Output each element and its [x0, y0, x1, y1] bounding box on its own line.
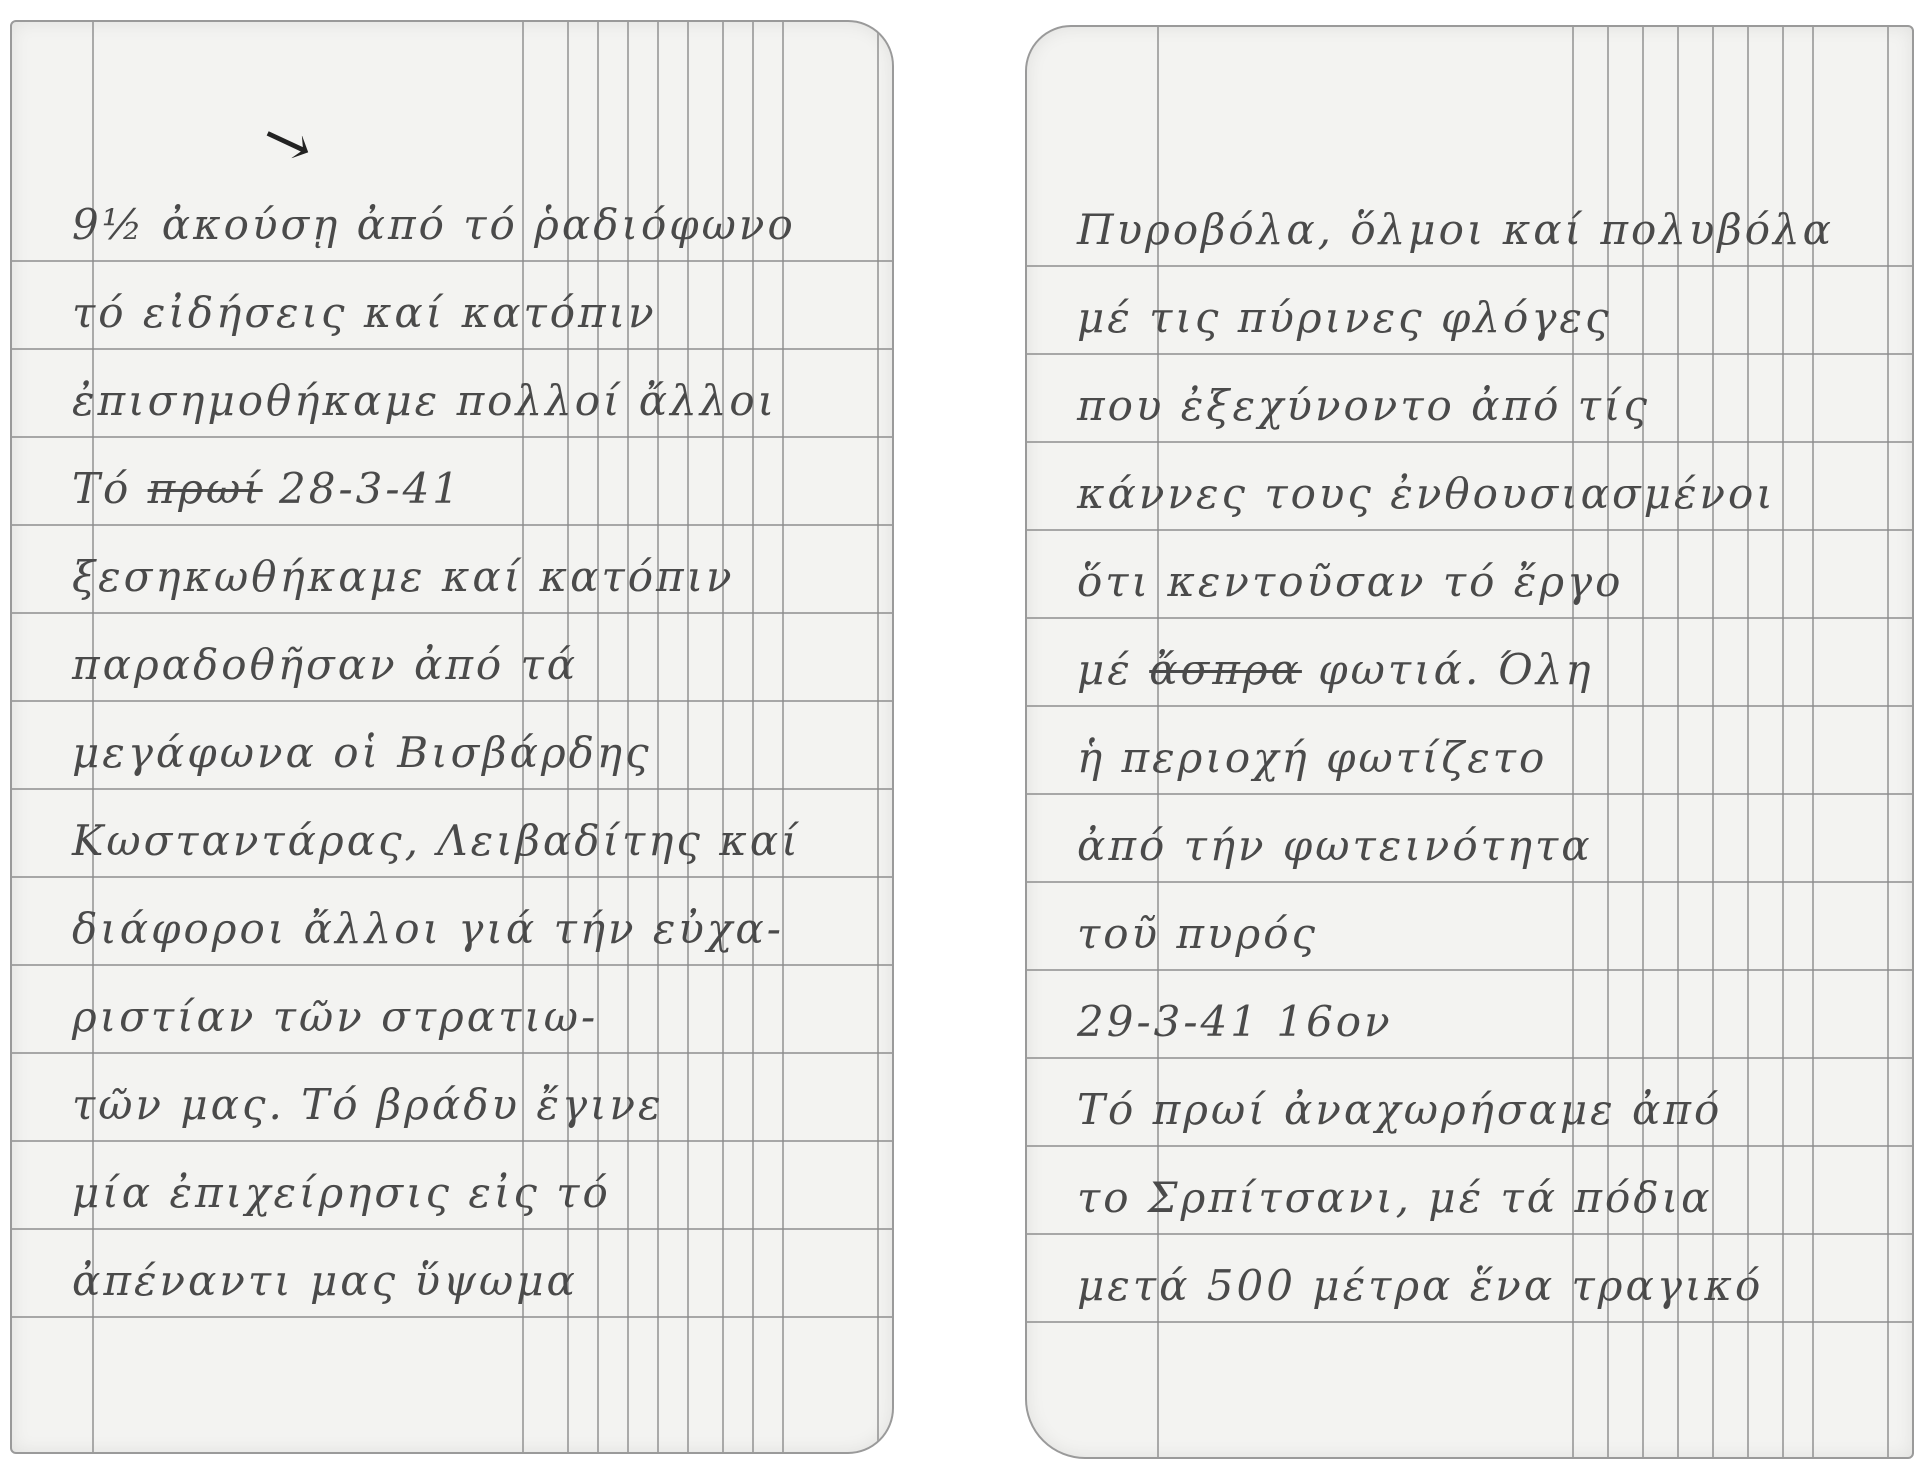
arrow-mark-icon: ↘ — [252, 101, 323, 184]
handwritten-line: ἀπό τήν φωτεινότητα — [1077, 821, 1593, 870]
ruled-line — [1027, 969, 1912, 971]
ruled-line — [12, 348, 892, 350]
ruled-line — [1027, 1057, 1912, 1059]
ruled-line — [12, 260, 892, 262]
handwritten-line: Πυροβόλα, ὅλμοι καί πολυβόλα — [1077, 205, 1834, 254]
ruled-line — [1027, 441, 1912, 443]
notebook-page-right: Πυροβόλα, ὅλμοι καί πολυβόλαμέ τις πύριν… — [1025, 25, 1914, 1459]
ruled-line — [12, 964, 892, 966]
handwritten-line: 9½ ἀκούσῃ ἀπό τό ῥαδιόφωνο — [72, 200, 796, 249]
handwritten-line: τό εἰδήσεις καί κατόπιν — [72, 288, 657, 337]
handwritten-line: ἀπέναντι μας ὕψωμα — [72, 1256, 578, 1305]
handwritten-line: ριστίαν τῶν στρατιω- — [72, 992, 598, 1041]
notebook-page-left: ↘ 9½ ἀκούσῃ ἀπό τό ῥαδιόφωνοτό εἰδήσεις … — [10, 20, 894, 1454]
handwritten-line: το Σρπίτσανι, μέ τά πόδια — [1077, 1173, 1712, 1222]
ruled-line — [12, 876, 892, 878]
ruled-line — [1027, 1321, 1912, 1323]
ruled-line — [12, 1140, 892, 1142]
handwritten-line: ξεσηκωθήκαμε καί κατόπιν — [72, 552, 735, 601]
ruled-line — [1027, 881, 1912, 883]
column-line — [877, 22, 879, 1452]
struck-word: ἄσπρα — [1149, 645, 1302, 694]
handwritten-line: που ἐξεχύνοντο ἀπό τίς — [1077, 381, 1650, 430]
ruled-line — [1027, 1233, 1912, 1235]
ruled-line — [1027, 353, 1912, 355]
ruled-line — [1027, 617, 1912, 619]
handwritten-line: παραδοθῆσαν ἀπό τά — [72, 640, 578, 689]
handwritten-line: τῶν μας. Τό βράδυ ἔγινε — [72, 1080, 664, 1129]
ruled-line — [1027, 1145, 1912, 1147]
ruled-line — [12, 1316, 892, 1318]
handwritten-line: διάφοροι ἄλλοι γιά τήν εὐχα- — [72, 904, 784, 953]
ruled-line — [12, 1052, 892, 1054]
handwritten-line: τοῦ πυρός — [1077, 909, 1318, 958]
ruled-line — [12, 788, 892, 790]
handwritten-line: μέ ἄσπρα φωτιά. Όλη — [1077, 645, 1594, 694]
handwritten-line: μεγάφωνα οἱ Βισβάρδης — [72, 728, 652, 777]
ruled-line — [12, 1228, 892, 1230]
handwritten-line: μία ἐπιχείρησις εἰς τό — [72, 1168, 611, 1217]
handwritten-line: ἐπισημοθήκαμε πολλοί ἄλλοι — [72, 376, 777, 425]
handwritten-line: 29-3-41 16ον — [1077, 997, 1393, 1046]
handwritten-line: ἡ περιοχή φωτίζετο — [1077, 733, 1547, 782]
handwritten-line: Κωσταντάρας, Λειβαδίτης καί — [72, 816, 801, 865]
handwritten-line: μέ τις πύρινες φλόγες — [1077, 293, 1611, 342]
column-line — [1887, 27, 1889, 1457]
ruled-line — [12, 436, 892, 438]
ruled-line — [12, 700, 892, 702]
handwritten-line: Τό πρωί ἀναχωρήσαμε ἀπό — [1077, 1085, 1722, 1134]
ruled-line — [12, 612, 892, 614]
ruled-line — [1027, 265, 1912, 267]
struck-word: πρωί — [148, 464, 263, 513]
ruled-line — [12, 524, 892, 526]
ruled-line — [1027, 793, 1912, 795]
handwritten-line: Τό πρωί 28-3-41 — [72, 464, 462, 513]
ruled-line — [1027, 529, 1912, 531]
handwritten-line: κάννες τους ἐνθουσιασμένοι — [1077, 469, 1776, 518]
handwritten-line: μετά 500 μέτρα ἕνα τραγικό — [1077, 1261, 1763, 1310]
ruled-line — [1027, 705, 1912, 707]
handwritten-line: ὅτι κεντοῦσαν τό ἔργο — [1077, 557, 1623, 606]
